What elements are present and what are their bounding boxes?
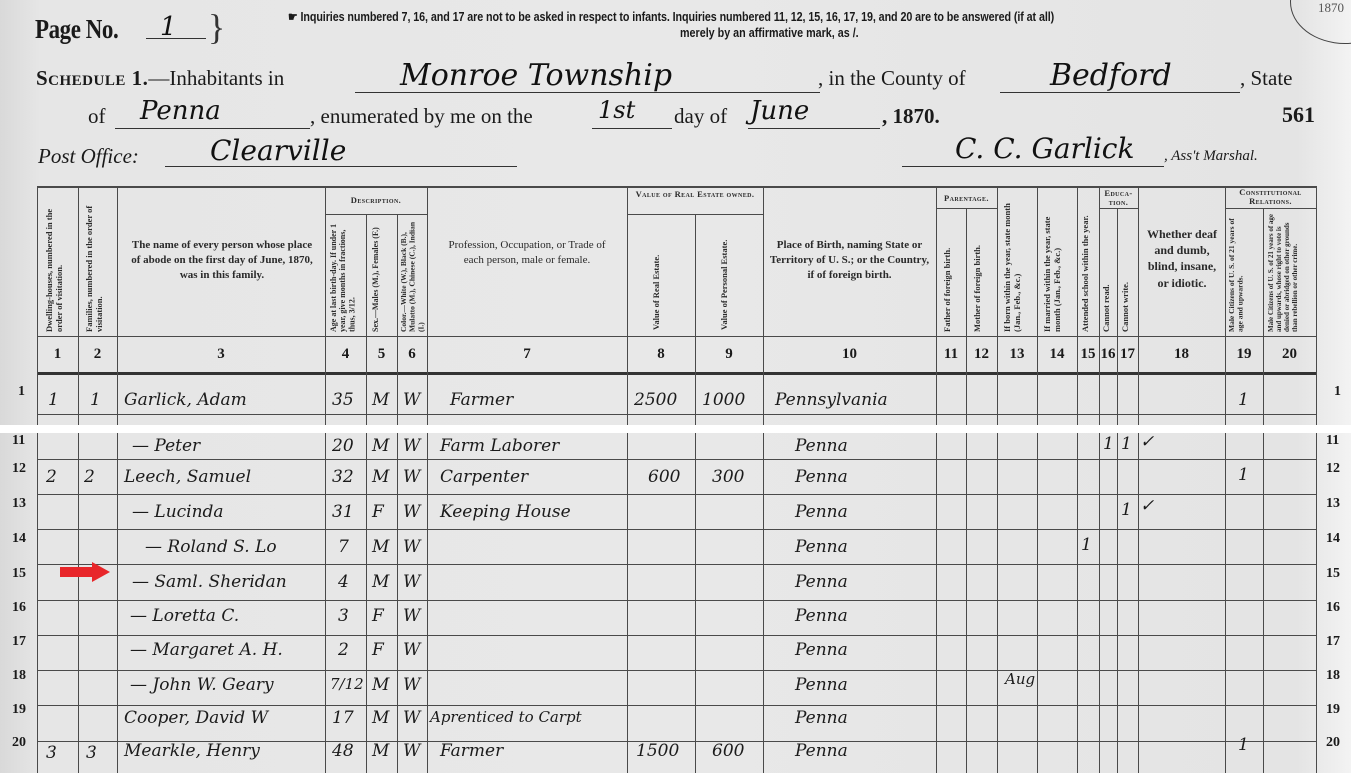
year-label: , 1870. (882, 104, 940, 129)
color: W (403, 390, 420, 410)
birthplace: Penna (795, 572, 848, 592)
age: 7/12 (330, 675, 364, 693)
line-number: 16 (12, 600, 26, 616)
page-no-value: 1 (160, 12, 177, 42)
deaf-blind-mark: ✓ (1140, 496, 1154, 516)
person-name: — Loretta C. (130, 606, 239, 626)
person-name: — John W. Geary (130, 675, 274, 695)
line-number-right: 1 (1334, 384, 1341, 400)
birthplace: Penna (795, 502, 848, 522)
census-page: Page No. 1 } ☛ Inquiries numbered 7, 16,… (0, 0, 1351, 773)
occupation: Carpenter (440, 467, 528, 487)
col-line (78, 186, 79, 773)
stamp-year: 1870 (1318, 0, 1344, 16)
col-number: 5 (366, 336, 397, 372)
line-number-right: 12 (1326, 461, 1340, 477)
birthplace: Penna (795, 606, 848, 626)
day-of-label: day of (674, 104, 727, 129)
occupation: Aprenticed to Carpt (430, 708, 582, 726)
marshal-blank (902, 166, 1164, 167)
col-line (37, 186, 38, 773)
line-number-right: 17 (1326, 634, 1340, 650)
constitutional-group-header: Constitutional Relations. (1225, 188, 1316, 207)
sex: M (372, 572, 389, 592)
col-line (1316, 186, 1317, 773)
sex: F (372, 640, 384, 660)
group-rule (1099, 208, 1138, 209)
line-number: 1 (18, 384, 25, 400)
line-number-right: 13 (1326, 496, 1340, 512)
line-number-right: 15 (1326, 566, 1340, 582)
line-number: 19 (12, 702, 26, 718)
line-number: 13 (12, 496, 26, 512)
state-value: Penna (140, 96, 221, 126)
row-rule (37, 600, 1316, 601)
of-label: of (88, 104, 106, 129)
color: W (403, 436, 420, 456)
personal-estate-value: 600 (712, 741, 744, 761)
line-number-right: 20 (1326, 735, 1340, 751)
col-number: 11 (936, 336, 966, 372)
month-value: June (750, 96, 809, 126)
col-3-header: The name of every person whose place of … (127, 238, 317, 283)
state-blank (115, 128, 310, 129)
family-number: 2 (84, 467, 95, 487)
color: W (403, 537, 420, 557)
marshal-label: , Ass't Marshal. (1164, 148, 1258, 165)
group-rule (627, 214, 763, 215)
col-4-header: Age at last birth-day. If under 1 year, … (329, 218, 363, 332)
education-group-header: Educa-tion. (1099, 189, 1138, 208)
real-estate-value: 1500 (636, 741, 679, 761)
cannot-write-mark: 1 (1121, 500, 1132, 520)
state-label: , State (1240, 66, 1293, 91)
line-number-right: 19 (1326, 702, 1340, 718)
real-estate-value: 600 (648, 467, 680, 487)
schedule-label: Schedule 1. (36, 66, 148, 90)
col-1-header: Dwelling-houses, numbered in the order o… (45, 192, 73, 332)
inhabitants-label: —Inhabitants in (148, 66, 284, 90)
col-line (763, 186, 764, 773)
col-number: 10 (763, 336, 936, 372)
sheet-number: 561 (1282, 102, 1315, 128)
line-number: 15 (12, 566, 26, 582)
schedule-line: Schedule 1.—Inhabitants in (36, 66, 284, 91)
age: 17 (332, 708, 354, 728)
citizen-mark: 1 (1238, 465, 1249, 485)
line-number: 18 (12, 668, 26, 684)
sex: M (372, 467, 389, 487)
col-7-header: Profession, Occupation, or Trade of each… (442, 238, 612, 268)
col-number: 12 (966, 336, 997, 372)
red-arrow-icon (60, 562, 110, 582)
cannot-read-mark: 1 (1103, 434, 1114, 454)
dwelling-number: 1 (48, 390, 59, 410)
col-number: 14 (1037, 336, 1077, 372)
age: 35 (332, 390, 354, 410)
numbers-rule (37, 372, 1316, 375)
person-name: Cooper, David W (124, 708, 268, 728)
brace: } (208, 6, 225, 48)
row-rule (37, 414, 1316, 415)
sex: F (372, 502, 384, 522)
group-rule (325, 214, 427, 215)
dwelling-number: 3 (46, 743, 57, 763)
col-number: 3 (117, 336, 325, 372)
sex: F (372, 606, 384, 626)
description-group-header: Description. (325, 196, 427, 205)
col-line (997, 186, 998, 773)
sex: M (372, 708, 389, 728)
col-line (325, 186, 326, 773)
dwelling-number: 2 (46, 467, 57, 487)
col-number: 8 (627, 336, 695, 372)
line-number-right: 11 (1326, 433, 1339, 449)
occupation: Farmer (450, 390, 513, 410)
row-rule (37, 529, 1316, 530)
birthplace: Penna (795, 675, 848, 695)
group-rule (936, 208, 997, 209)
color: W (403, 640, 420, 660)
line-number-right: 18 (1326, 668, 1340, 684)
line-number-right: 14 (1326, 531, 1340, 547)
col-17-header: Cannot write. (1121, 214, 1135, 332)
county-label: , in the County of (818, 66, 966, 91)
col-13-header: If born within the year, state month (Ja… (1003, 192, 1031, 332)
sex: M (372, 436, 389, 456)
color: W (403, 502, 420, 522)
family-number: 3 (86, 743, 97, 763)
person-name: — Roland S. Lo (145, 537, 277, 557)
instruction-line-2: merely by an affirmative mark, as /. (680, 26, 859, 40)
real-estate-group-header: Value of Real Estate owned. (627, 190, 763, 199)
color: W (403, 675, 420, 695)
col-number: 19 (1225, 336, 1263, 372)
cannot-write-mark: 1 (1121, 434, 1132, 454)
enumerated-label: , enumerated by me on the (310, 104, 533, 129)
color: W (403, 708, 420, 728)
birthplace: Penna (795, 467, 848, 487)
col-18-header: Whether deaf and dumb, blind, insane, or… (1143, 226, 1221, 291)
page-no-label: Page No. (35, 14, 118, 45)
family-number: 1 (90, 390, 101, 410)
sex: M (372, 537, 389, 557)
col-line (427, 186, 428, 773)
birthplace: Penna (795, 436, 848, 456)
line-number: 11 (12, 433, 25, 449)
col-line (627, 186, 628, 773)
occupation: Farm Laborer (440, 436, 559, 456)
color: W (403, 467, 420, 487)
sex: M (372, 741, 389, 761)
age: 2 (338, 640, 349, 660)
col-number: 7 (427, 336, 627, 372)
col-15-header: Attended school within the year. (1081, 192, 1097, 332)
col-20-header: Male Citizens of U. S. of 21 years of ag… (1267, 212, 1313, 332)
line-number: 17 (12, 634, 26, 650)
row-rule (37, 635, 1316, 636)
row-rule (37, 494, 1316, 495)
person-name: Garlick, Adam (124, 390, 247, 410)
line-number: 14 (12, 531, 26, 547)
month-blank (748, 128, 880, 129)
col-12-header: Mother of foreign birth. (973, 214, 991, 332)
person-name: Mearkle, Henry (124, 741, 260, 761)
deaf-blind-mark: ✓ (1140, 432, 1154, 452)
instruction-line-1: ☛ Inquiries numbered 7, 16, and 17 are n… (288, 9, 1054, 24)
person-name: — Lucinda (132, 502, 224, 522)
col-line (117, 186, 118, 773)
col-number: 16 (1099, 336, 1117, 372)
citizen-mark: 1 (1238, 735, 1249, 755)
age: 20 (332, 436, 354, 456)
age: 4 (338, 572, 349, 592)
col-line (966, 208, 967, 773)
age: 48 (332, 741, 354, 761)
real-estate-value: 2500 (634, 390, 677, 410)
col-number: 2 (78, 336, 117, 372)
day-value: 1st (598, 96, 635, 124)
col-14-header: If married within the year, state month … (1043, 192, 1071, 332)
col-16-header: Cannot read. (1102, 214, 1116, 332)
person-name: — Peter (132, 436, 200, 456)
color: W (403, 741, 420, 761)
col-number: 6 (397, 336, 427, 372)
group-rule (1225, 208, 1316, 209)
col-19-header: Male Citizens of U. S. of 21 years of ag… (1228, 212, 1260, 332)
county-value: Bedford (1050, 58, 1172, 93)
occupation: Farmer (440, 741, 503, 761)
col-10-header: Place of Birth, naming State or Territor… (767, 238, 932, 283)
birthplace: Penna (795, 741, 848, 761)
school-mark: 1 (1081, 535, 1092, 555)
person-name: Leech, Samuel (124, 467, 251, 487)
birthplace: Penna (795, 537, 848, 557)
township-value: Monroe Township (400, 58, 672, 93)
col-line (1225, 186, 1226, 773)
col-6-header: Color.—White (W.), Black (B.), Mulatto (… (400, 218, 426, 332)
citizen-mark: 1 (1238, 390, 1249, 410)
col-number: 13 (997, 336, 1037, 372)
col-9-header: Value of Personal Estate. (720, 220, 740, 330)
personal-estate-value: 300 (712, 467, 744, 487)
birthplace: Penna (795, 708, 848, 728)
col-line (1037, 186, 1038, 773)
birthplace: Pennsylvania (775, 390, 888, 410)
post-office-value: Clearville (210, 134, 346, 167)
sex: M (372, 390, 389, 410)
col-line (1263, 208, 1264, 773)
col-number: 1 (37, 336, 78, 372)
col-number: 4 (325, 336, 366, 372)
marshal-name: C. C. Garlick (955, 132, 1134, 165)
col-number: 15 (1077, 336, 1099, 372)
col-8-header: Value of Real Estate. (652, 220, 672, 330)
person-name: — Margaret A. H. (130, 640, 283, 660)
col-number: 18 (1138, 336, 1225, 372)
sex: M (372, 675, 389, 695)
age: 3 (338, 606, 349, 626)
col-number: 9 (695, 336, 763, 372)
color: W (403, 572, 420, 592)
born-month: Aug (1005, 670, 1035, 688)
row-rule (37, 564, 1316, 565)
age: 31 (332, 502, 354, 522)
col-line (1138, 186, 1139, 773)
col-number: 17 (1117, 336, 1138, 372)
row-rule (37, 670, 1316, 671)
person-name: — Saml. Sheridan (132, 572, 287, 592)
col-2-header: Families, numbered in the order of visit… (85, 192, 113, 332)
col-line (1099, 186, 1100, 773)
col-line (936, 186, 937, 773)
col-line (1077, 186, 1078, 773)
col-line (1117, 208, 1118, 773)
line-number: 20 (12, 735, 26, 751)
col-number: 20 (1263, 336, 1316, 372)
col-11-header: Father of foreign birth. (943, 214, 961, 332)
personal-estate-value: 1000 (702, 390, 745, 410)
row-rule (37, 459, 1316, 460)
color: W (403, 606, 420, 626)
post-office-label: Post Office: (38, 144, 139, 169)
line-number: 12 (12, 461, 26, 477)
row-rule (37, 705, 1316, 706)
line-number-right: 16 (1326, 600, 1340, 616)
age: 7 (338, 537, 349, 557)
parentage-group-header: Parentage. (936, 194, 997, 203)
age: 32 (332, 467, 354, 487)
birthplace: Penna (795, 640, 848, 660)
occupation: Keeping House (440, 502, 571, 522)
day-blank (592, 128, 672, 129)
col-5-header: Sex.—Males (M.), Females (F.) (371, 218, 393, 332)
